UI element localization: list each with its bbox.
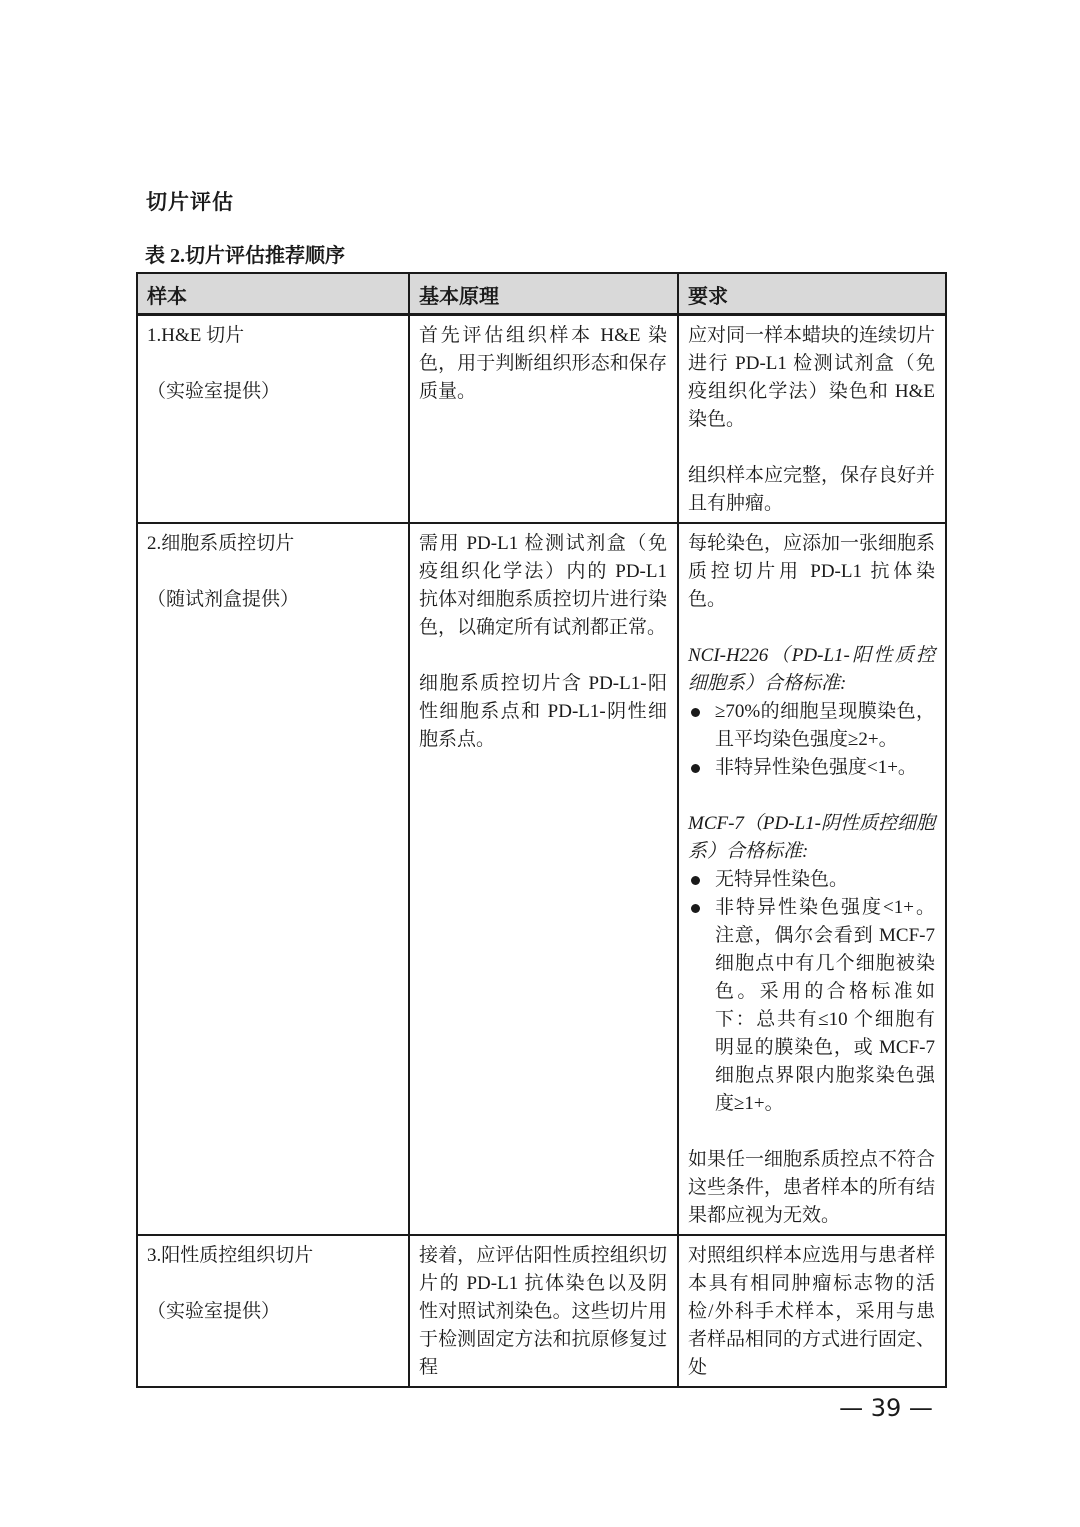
- mcf-7-criteria-list: 无特异性染色。 非特异性染色强度<1+。注意，偶尔会看到 MCF-7 细胞点中有…: [688, 866, 935, 1118]
- criteria-text: ≥70%的细胞呈现膜染色，且平均染色强度≥2+。: [715, 701, 935, 750]
- slide-evaluation-table: 样本 基本原理 要求 1.H&E 切片 （实验室提供） 首先评估组织样本 H&E…: [136, 272, 947, 1388]
- sample-provider-1: （实验室提供）: [147, 378, 398, 406]
- cell-sample-3: 3.阳性质控组织切片 （实验室提供）: [137, 1235, 409, 1387]
- cell-rationale-1: 首先评估组织样本 H&E 染色，用于判断组织形态和保存质量。: [409, 315, 678, 524]
- list-item: 非特异性染色强度<1+。: [688, 754, 935, 782]
- column-header-rationale: 基本原理: [409, 273, 678, 315]
- requirement-3-1: 对照组织样本应选用与患者样本具有相同肿瘤标志物的活检/外科手术样本，采用与患者样…: [688, 1242, 935, 1382]
- sample-provider-3: （实验室提供）: [147, 1298, 398, 1326]
- bullet-icon: [691, 876, 700, 885]
- table-caption: 表 2.切片评估推荐顺序: [145, 239, 345, 268]
- requirement-1-2: 组织样本应完整，保存良好并且有肿瘤。: [688, 462, 935, 518]
- criteria-text: 非特异性染色强度<1+。注意，偶尔会看到 MCF-7 细胞点中有几个细胞被染色。…: [715, 897, 935, 1114]
- cell-requirements-3: 对照组织样本应选用与患者样本具有相同肿瘤标志物的活检/外科手术样本，采用与患者样…: [678, 1235, 946, 1387]
- cell-rationale-3: 接着，应评估阳性质控组织切片的 PD-L1 抗体染色以及阴性对照试剂染色。这些切…: [409, 1235, 678, 1387]
- page-number: — 39 —: [818, 1394, 954, 1422]
- requirement-1-1: 应对同一样本蜡块的连续切片进行 PD-L1 检测试剂盒（免疫组织化学法）染色和 …: [688, 322, 935, 434]
- requirement-2-2: 如果任一细胞系质控点不符合这些条件，患者样本的所有结果都应视为无效。: [688, 1146, 935, 1230]
- mcf-7-criteria-header: MCF-7（PD-L1-阴性质控细胞系）合格标准:: [688, 810, 935, 866]
- sample-name-3: 3.阳性质控组织切片: [147, 1242, 398, 1270]
- section-title: 切片评估: [146, 186, 234, 216]
- column-header-requirements: 要求: [678, 273, 946, 315]
- table-header-row: 样本 基本原理 要求: [137, 273, 946, 315]
- rationale-text-1: 首先评估组织样本 H&E 染色，用于判断组织形态和保存质量。: [419, 322, 667, 406]
- criteria-text: 非特异性染色强度<1+。: [715, 757, 917, 778]
- nci-h226-criteria-header: NCI-H226（PD-L1-阳性质控细胞系）合格标准:: [688, 642, 935, 698]
- column-header-sample: 样本: [137, 273, 409, 315]
- criteria-text: 无特异性染色。: [715, 869, 848, 890]
- table-row-positive-control-tissue: 3.阳性质控组织切片 （实验室提供） 接着，应评估阳性质控组织切片的 PD-L1…: [137, 1235, 946, 1387]
- table-row-he-slide: 1.H&E 切片 （实验室提供） 首先评估组织样本 H&E 染色，用于判断组织形…: [137, 315, 946, 524]
- cell-requirements-1: 应对同一样本蜡块的连续切片进行 PD-L1 检测试剂盒（免疫组织化学法）染色和 …: [678, 315, 946, 524]
- document-page: 切片评估 表 2.切片评估推荐顺序 样本 基本原理 要求 1.H&E 切片 （实…: [0, 0, 1080, 1527]
- list-item: ≥70%的细胞呈现膜染色，且平均染色强度≥2+。: [688, 698, 935, 754]
- sample-name-1: 1.H&E 切片: [147, 322, 398, 350]
- nci-h226-criteria-list: ≥70%的细胞呈现膜染色，且平均染色强度≥2+。 非特异性染色强度<1+。: [688, 698, 935, 782]
- table-row-cell-line-control: 2.细胞系质控切片 （随试剂盒提供） 需用 PD-L1 检测试剂盒（免疫组织化学…: [137, 523, 946, 1235]
- rationale-text-2-1: 需用 PD-L1 检测试剂盒（免疫组织化学法）内的 PD-L1 抗体对细胞系质控…: [419, 530, 667, 642]
- requirement-2-1: 每轮染色，应添加一张细胞系质控切片用 PD-L1 抗体染色。: [688, 530, 935, 614]
- list-item: 非特异性染色强度<1+。注意，偶尔会看到 MCF-7 细胞点中有几个细胞被染色。…: [688, 894, 935, 1118]
- sample-name-2: 2.细胞系质控切片: [147, 530, 398, 558]
- list-item: 无特异性染色。: [688, 866, 935, 894]
- sample-provider-2: （随试剂盒提供）: [147, 586, 398, 614]
- bullet-icon: [691, 904, 700, 913]
- bullet-icon: [691, 708, 700, 717]
- cell-sample-2: 2.细胞系质控切片 （随试剂盒提供）: [137, 523, 409, 1235]
- rationale-text-3: 接着，应评估阳性质控组织切片的 PD-L1 抗体染色以及阴性对照试剂染色。这些切…: [419, 1242, 667, 1382]
- bullet-icon: [691, 764, 700, 773]
- cell-requirements-2: 每轮染色，应添加一张细胞系质控切片用 PD-L1 抗体染色。 NCI-H226（…: [678, 523, 946, 1235]
- rationale-text-2-2: 细胞系质控切片含 PD-L1-阳性细胞系点和 PD-L1-阴性细胞系点。: [419, 670, 667, 754]
- cell-sample-1: 1.H&E 切片 （实验室提供）: [137, 315, 409, 524]
- cell-rationale-2: 需用 PD-L1 检测试剂盒（免疫组织化学法）内的 PD-L1 抗体对细胞系质控…: [409, 523, 678, 1235]
